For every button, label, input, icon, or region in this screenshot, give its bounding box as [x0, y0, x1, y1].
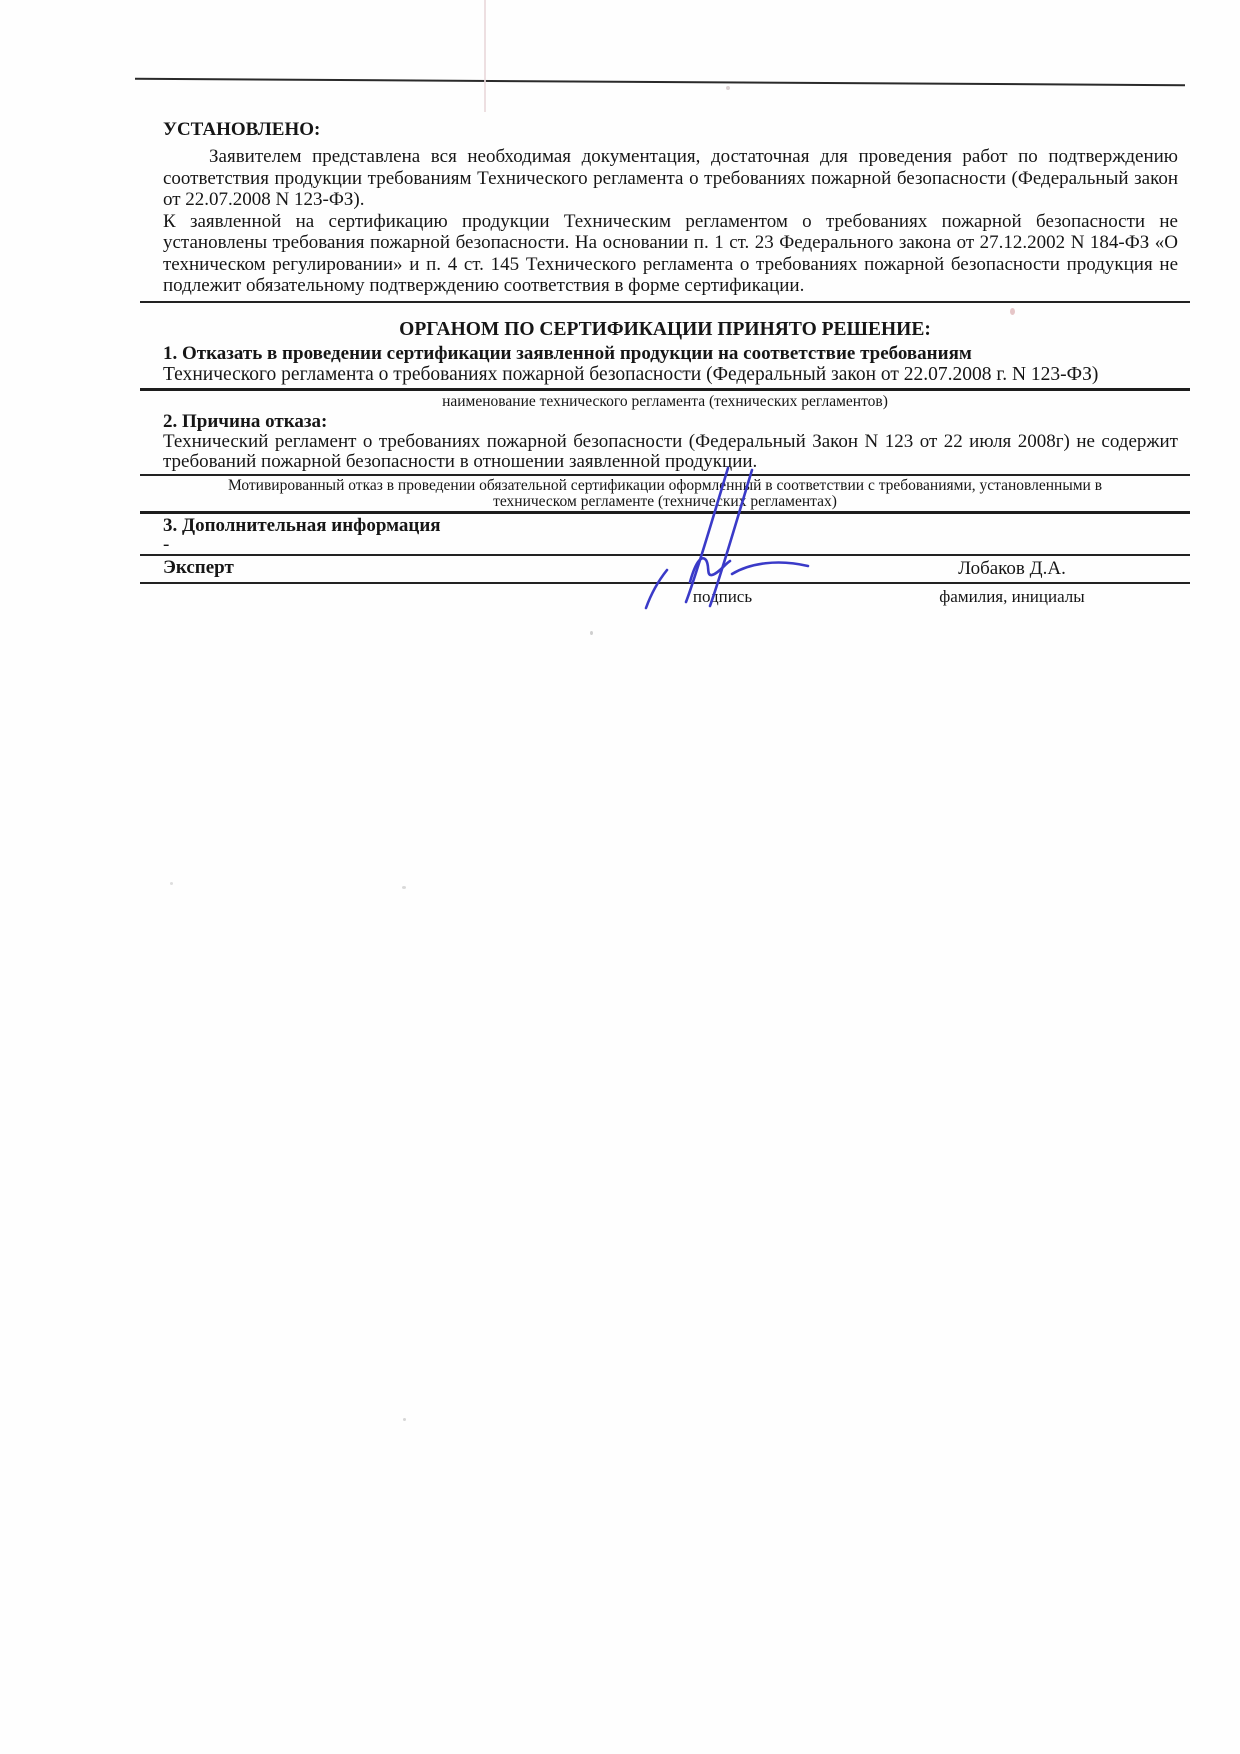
established-paragraph-1: Заявителем представлена вся необходимая … [163, 146, 1178, 211]
decision-item1-caption: наименование технического регламента (те… [140, 393, 1190, 410]
section-divider [140, 301, 1190, 303]
decision-heading: ОРГАНОМ ПО СЕРТИФИКАЦИИ ПРИНЯТО РЕШЕНИЕ: [140, 317, 1190, 343]
scan-speck [403, 1418, 406, 1421]
scan-artifact-vertical-line [484, 0, 486, 112]
scan-speck [590, 631, 593, 635]
expert-role-label: Эксперт [163, 557, 234, 579]
scan-speck [170, 882, 173, 885]
established-paragraph-2: К заявленной на сертификацию продукции Т… [163, 211, 1178, 297]
expert-name: Лобаков Д.А. [862, 558, 1162, 580]
scan-speck [402, 886, 406, 889]
decision-item1-value: Технического регламента о требованиях по… [163, 364, 1190, 386]
established-heading: УСТАНОВЛЕНО: [163, 118, 1190, 142]
signature-scribble-image [640, 458, 820, 610]
form-line [140, 388, 1190, 391]
page-top-divider [135, 78, 1185, 86]
decision-item1-label: 1. Отказать в проведении сертификации за… [163, 343, 1190, 364]
decision-item2-label: 2. Причина отказа: [163, 412, 1190, 432]
scanned-document-page: УСТАНОВЛЕНО: Заявителем представлена вся… [0, 0, 1240, 1754]
name-caption: фамилия, инициалы [862, 587, 1162, 607]
scan-speck [726, 86, 730, 90]
